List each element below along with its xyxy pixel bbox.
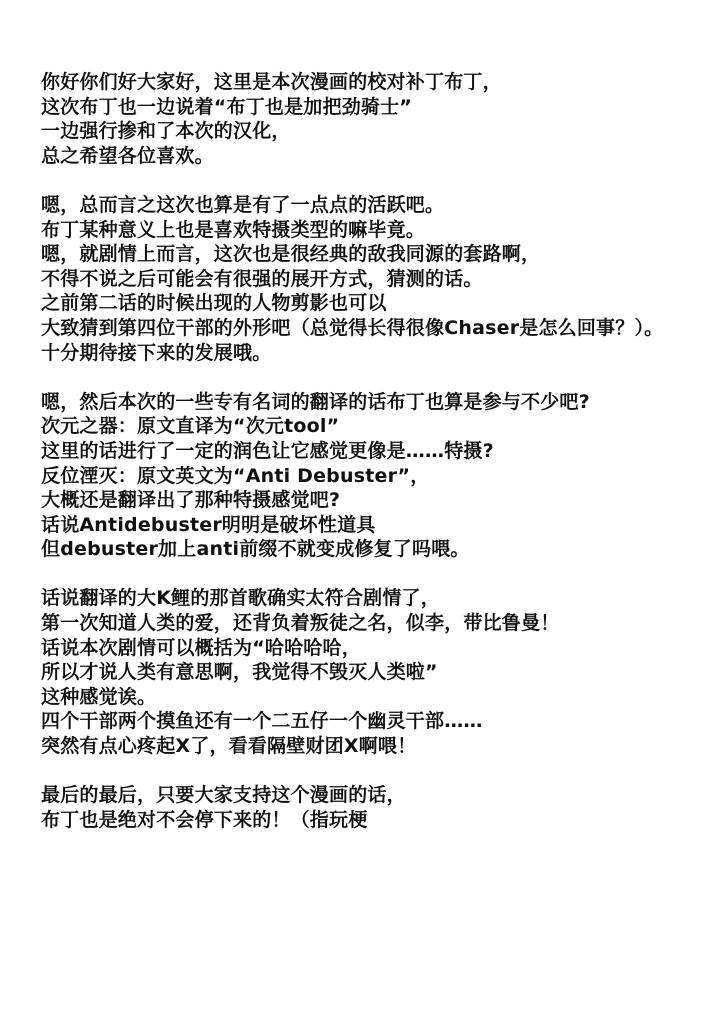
text-line: 四个干部两个摸鱼还有一个二五仔一个幽灵干部…… <box>41 709 721 734</box>
text-line: 突然有点心疼起X了，看看隔壁财团X啊喂！ <box>41 734 721 759</box>
text-line: 一边强行掺和了本次的汉化， <box>41 119 721 144</box>
paragraph-closing: 最后的最后，只要大家支持这个漫画的话， 布丁也是绝对不会停下来的！（指玩梗 <box>41 783 721 832</box>
text-line: 你好你们好大家好，这里是本次漫画的校对补丁布丁， <box>41 70 721 95</box>
text-line: 十分期待接下来的发展哦。 <box>41 341 721 366</box>
text-line: 大致猜到第四位干部的外形吧（总觉得长得很像Chaser是怎么回事？）。 <box>41 316 721 341</box>
text-line: 不得不说之后可能会有很强的展开方式，猜测的话。 <box>41 267 721 292</box>
text-line: 嗯，总而言之这次也算是有了一点点的活跃吧。 <box>41 193 721 218</box>
text-line: 嗯，然后本次的一些专有名词的翻译的话布丁也算是参与不少吧? <box>41 390 721 415</box>
text-line: 这种感觉诶。 <box>41 685 721 710</box>
text-line: 这里的话进行了一定的润色让它感觉更像是……特摄? <box>41 439 721 464</box>
text-line: 话说本次剧情可以概括为“哈哈哈哈， <box>41 636 721 661</box>
paragraph-greeting: 你好你们好大家好，这里是本次漫画的校对补丁布丁， 这次布丁也一边说着“布丁也是加… <box>41 70 721 168</box>
text-line: 大概还是翻译出了那种特摄感觉吧? <box>41 488 721 513</box>
text-line: 次元之器：原文直译为“次元tool” <box>41 414 721 439</box>
text-line: 所以才说人类有意思啊，我觉得不毁灭人类啦” <box>41 660 721 685</box>
text-line: 反位湮灭：原文英文为“Anti Debuster”， <box>41 464 721 489</box>
text-line: 布丁也是绝对不会停下来的！（指玩梗 <box>41 808 721 833</box>
text-line: 布丁某种意义上也是喜欢特摄类型的嘛毕竟。 <box>41 218 721 243</box>
text-line: 话说Antidebuster明明是破坏性道具 <box>41 513 721 538</box>
text-line: 嗯，就剧情上而言，这次也是很经典的敌我同源的套路啊， <box>41 242 721 267</box>
text-line: 最后的最后，只要大家支持这个漫画的话， <box>41 783 721 808</box>
text-line: 话说翻译的大K鲤的那首歌确实太符合剧情了， <box>41 586 721 611</box>
paragraph-plot-thoughts: 嗯，总而言之这次也算是有了一点点的活跃吧。 布丁某种意义上也是喜欢特摄类型的嘛毕… <box>41 193 721 365</box>
text-line: 总之希望各位喜欢。 <box>41 144 721 169</box>
text-line: 第一次知道人类的爱，还背负着叛徒之名，似李，带比鲁曼！ <box>41 611 721 636</box>
text-line: 这次布丁也一边说着“布丁也是加把劲骑士” <box>41 95 721 120</box>
paragraph-song-and-summary: 话说翻译的大K鲤的那首歌确实太符合剧情了， 第一次知道人类的爱，还背负着叛徒之名… <box>41 586 721 758</box>
translator-notes-page: 你好你们好大家好，这里是本次漫画的校对补丁布丁， 这次布丁也一边说着“布丁也是加… <box>41 70 721 857</box>
text-line: 但debuster加上anti前缀不就变成修复了吗喂。 <box>41 537 721 562</box>
text-line: 之前第二话的时候出现的人物剪影也可以 <box>41 291 721 316</box>
paragraph-translation-terms: 嗯，然后本次的一些专有名词的翻译的话布丁也算是参与不少吧? 次元之器：原文直译为… <box>41 390 721 562</box>
